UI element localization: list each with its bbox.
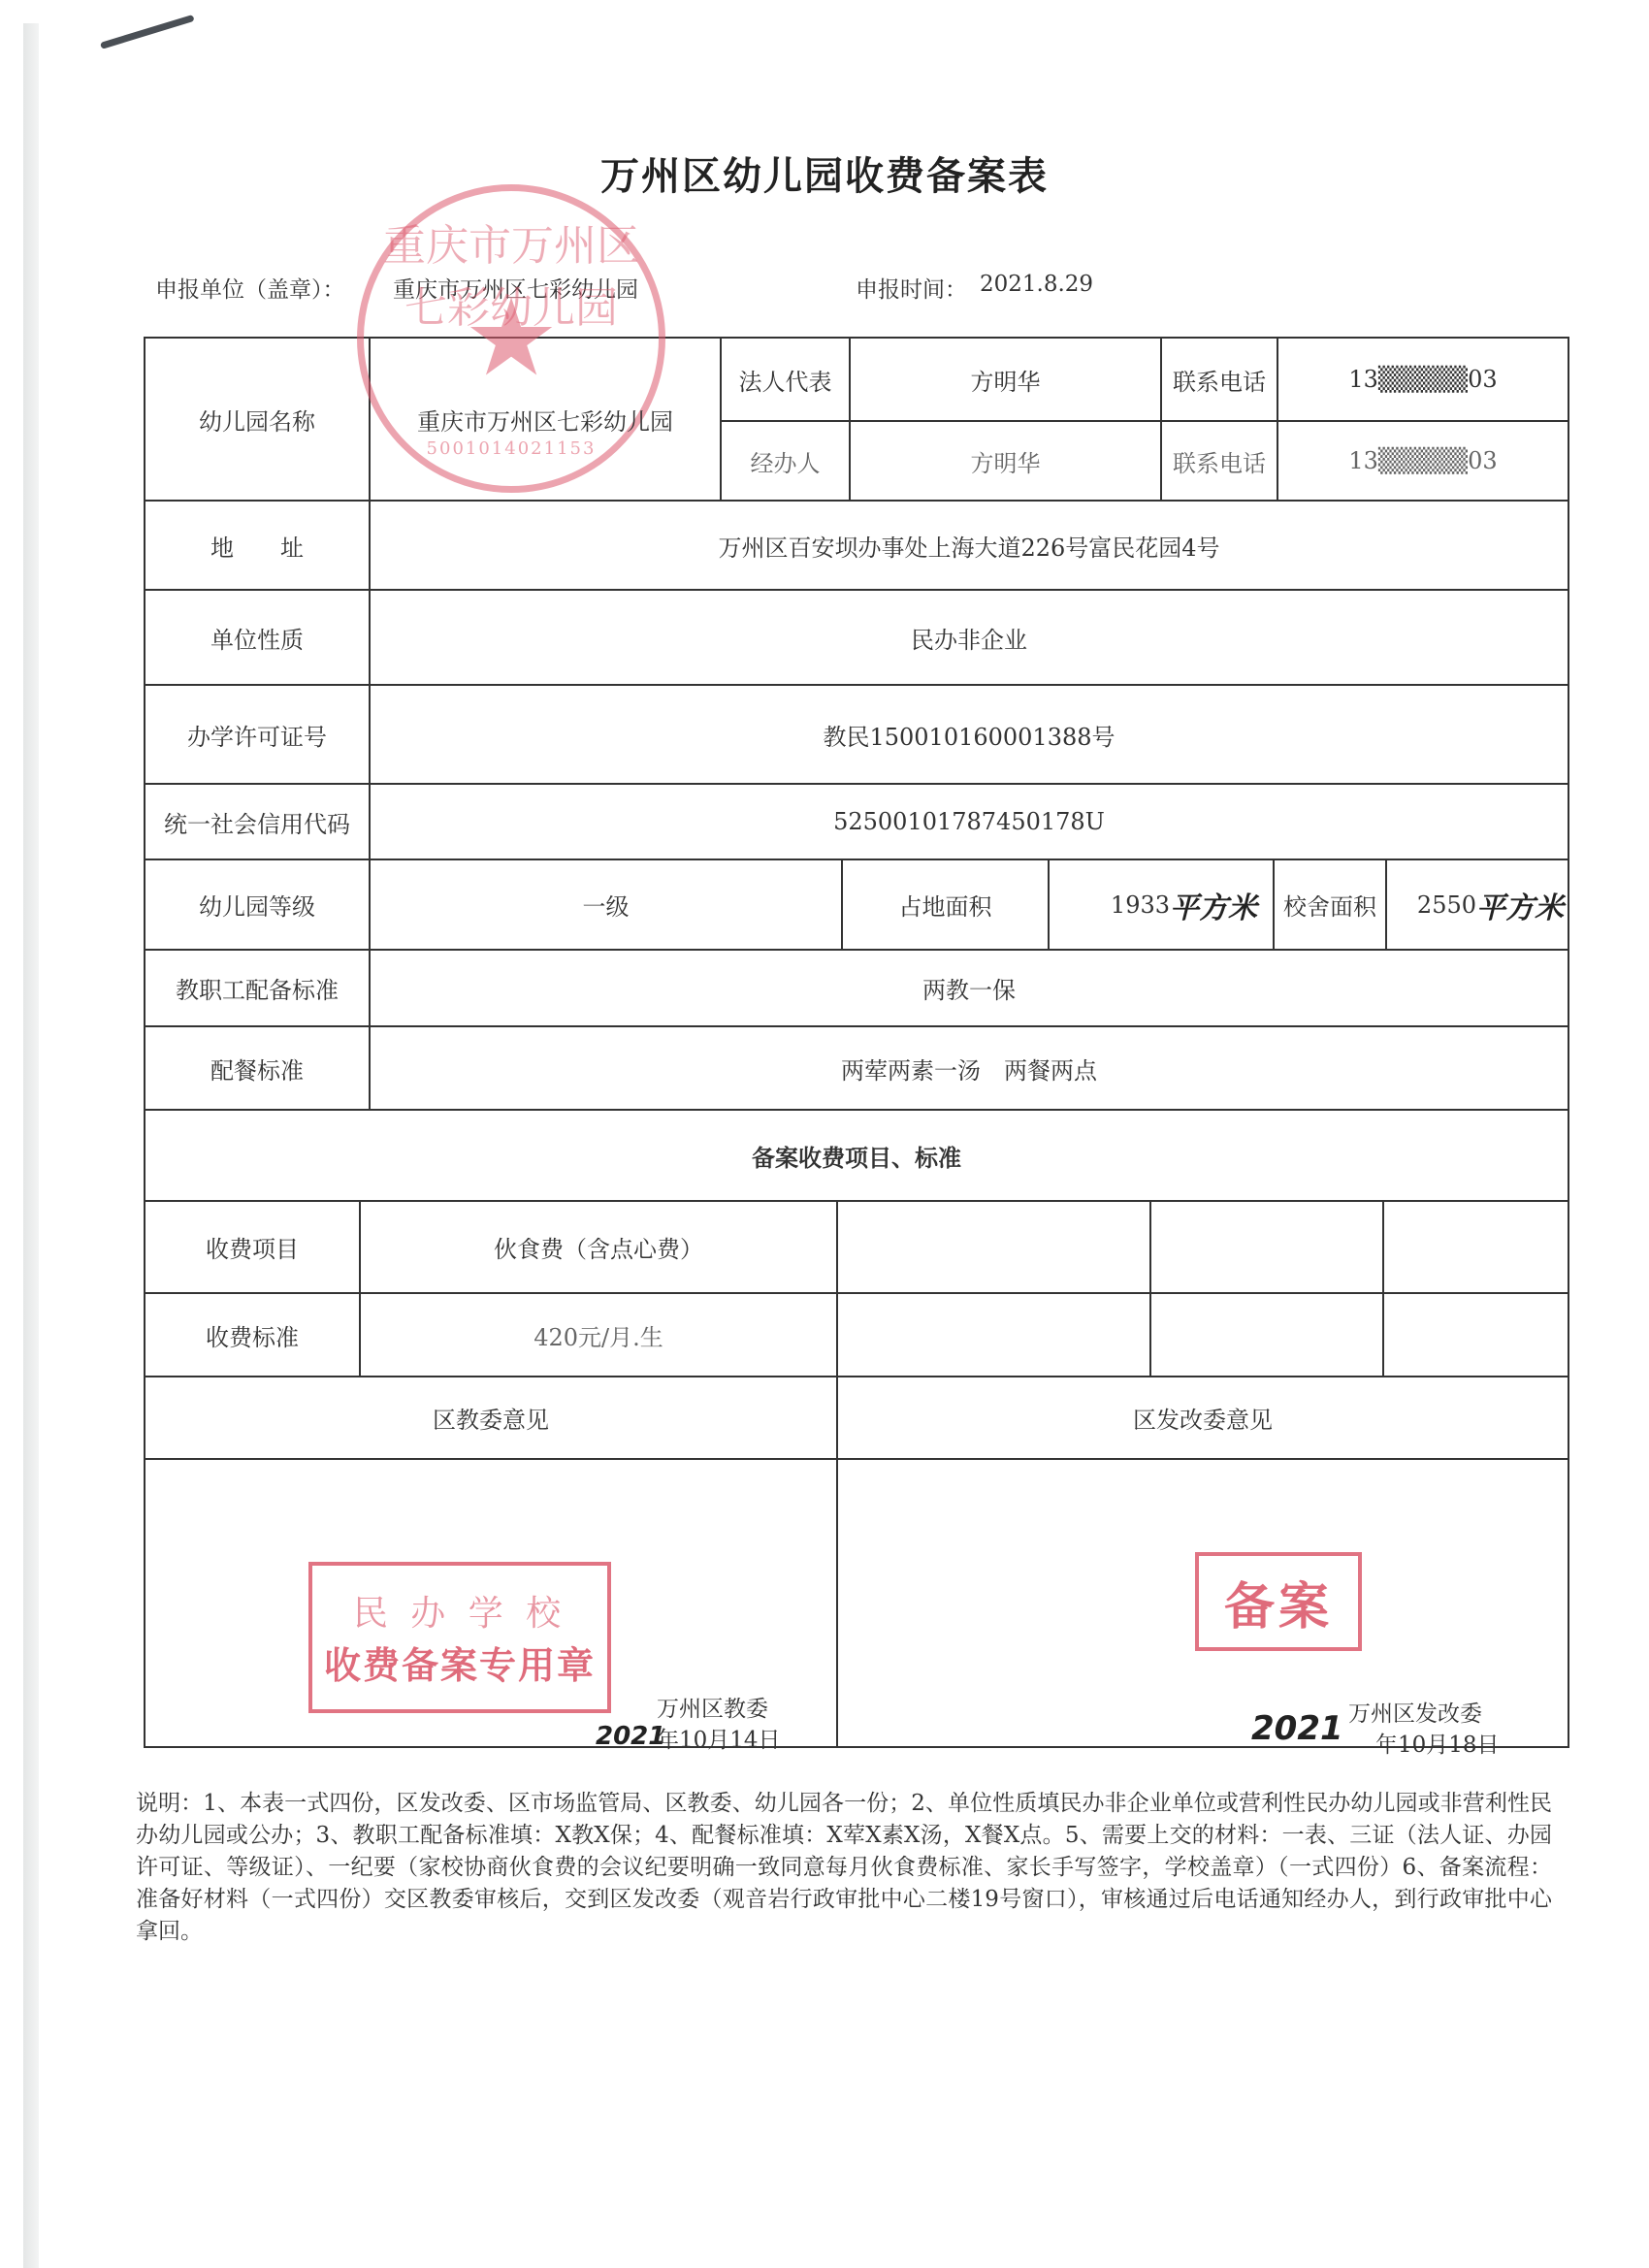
fee-standard-1: 420元/月.生	[361, 1294, 836, 1376]
ndrc-signature-date: 年10月18日	[1375, 1727, 1500, 1759]
staple-mark	[100, 15, 195, 49]
license-value: 教民150010160001388号	[371, 686, 1568, 783]
edu-signature-year: 2021	[596, 1722, 665, 1751]
date-value: 2021.8.29	[980, 272, 1093, 297]
address-label: 地 址	[145, 502, 369, 589]
fee-standard-3	[1151, 1294, 1382, 1376]
land-area-value: 1933平方米	[1050, 860, 1273, 949]
address-value: 万州区百安坝办事处上海大道226号富民花园4号	[371, 502, 1568, 589]
nature-value: 民办非企业	[371, 591, 1568, 684]
nature-label: 单位性质	[145, 591, 369, 684]
level-value: 一级	[371, 860, 841, 949]
meal-label: 配餐标准	[145, 1027, 369, 1109]
row-divider	[144, 1458, 1569, 1460]
fee-item-1: 伙食费（含点心费）	[361, 1202, 836, 1292]
date-label: 申报时间：	[856, 272, 967, 304]
document-title: 万州区幼儿园收费备案表	[0, 146, 1649, 201]
fee-standard-label: 收费标准	[145, 1294, 359, 1376]
legal-rep-value: 方明华	[851, 339, 1160, 420]
building-area-value: 2550平方米	[1387, 860, 1568, 949]
ndrc-filing-stamp: 备案	[1195, 1552, 1362, 1651]
level-label: 幼儿园等级	[145, 860, 369, 949]
edu-signature-date: 年10月14日	[657, 1722, 781, 1754]
staff-label: 教职工配备标准	[145, 951, 369, 1025]
ndrc-signature-year: 2021	[1251, 1709, 1343, 1748]
staff-value: 两教一保	[371, 951, 1568, 1025]
handler-label: 经办人	[722, 422, 849, 500]
legal-rep-label: 法人代表	[722, 339, 849, 420]
fee-item-3	[1151, 1202, 1382, 1292]
handler-value: 方明华	[851, 422, 1160, 500]
instructions-note: 说明：1、本表一式四份，区发改委、区市场监管局、区教委、幼儿园各一份；2、单位性…	[136, 1788, 1552, 1948]
land-area-label: 占地面积	[843, 860, 1048, 949]
ndrc-org-name: 万州区发改委	[1348, 1696, 1482, 1728]
phone-label-2: 联系电话	[1162, 422, 1277, 500]
applicant-value: 重庆市万州区七彩幼儿园	[393, 272, 638, 304]
name-label: 幼儿园名称	[145, 339, 369, 500]
ndrc-opinion-label: 区发改委意见	[838, 1377, 1568, 1458]
fee-item-4	[1384, 1202, 1568, 1292]
phone-value-2: 13▒▒▒▒▒03	[1278, 422, 1568, 500]
edu-opinion-label: 区教委意见	[145, 1377, 836, 1458]
credit-value: 52500101787450178U	[371, 785, 1568, 859]
credit-label: 统一社会信用代码	[145, 785, 369, 859]
scan-edge-shadow	[23, 23, 39, 2268]
applicant-label: 申报单位（盖章）：	[155, 272, 345, 304]
fee-item-label: 收费项目	[145, 1202, 359, 1292]
edu-org-name: 万州区教委	[657, 1691, 768, 1723]
fee-standard-2	[838, 1294, 1149, 1376]
phone-label-1: 联系电话	[1162, 339, 1277, 420]
fee-standard-4	[1384, 1294, 1568, 1376]
edu-filing-stamp: 民 办 学 校 收费备案专用章	[308, 1562, 611, 1713]
building-area-label: 校舍面积	[1275, 860, 1385, 949]
fee-section-header: 备案收费项目、标准	[145, 1111, 1568, 1200]
fee-item-2	[838, 1202, 1149, 1292]
phone-value-1: 13▒▒▒▒▒03	[1278, 339, 1568, 420]
license-label: 办学许可证号	[145, 686, 369, 783]
meal-value: 两荤两素一汤 两餐两点	[371, 1027, 1568, 1109]
name-value: 重庆市万州区七彩幼儿园	[371, 339, 720, 500]
